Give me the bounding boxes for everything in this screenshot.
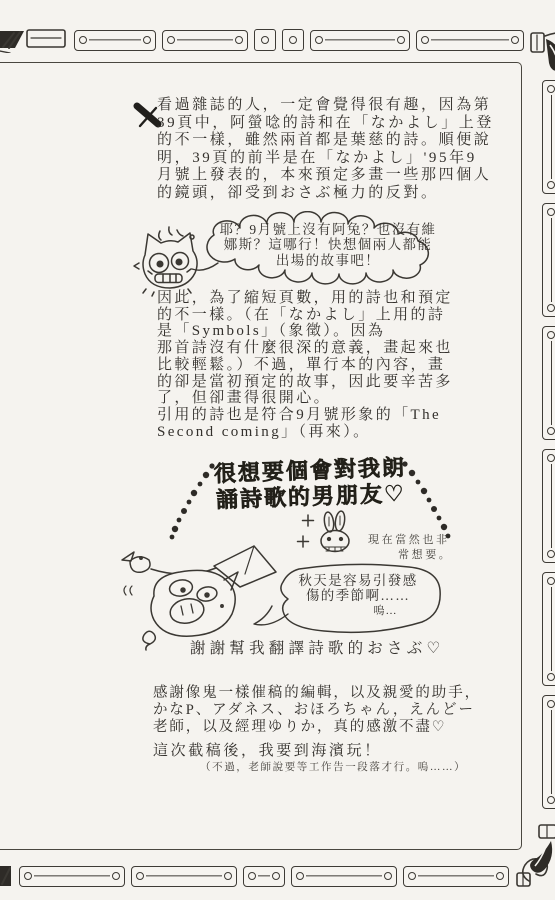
border-square: [282, 29, 304, 51]
paragraph-3-credits: 感謝像鬼一樣催稿的編輯，以及親愛的助手， かなP、アダネス、おほろちゃん，えんど…: [153, 685, 481, 737]
text-line: 秋天是容易引發感: [262, 573, 454, 588]
border-bar: [310, 30, 410, 51]
text-line: 老師，以及經理ゆりか，真的感激不盡♡: [153, 719, 481, 736]
text-line: 因此，為了縮短頁數，用的詩也和預定: [157, 290, 453, 307]
parenthetical-note: （不過，老師說要等工作告一段落才行。嗚……）: [200, 759, 466, 774]
border-corner-bottom-left-ornament: [0, 864, 13, 888]
border-bar-vertical: [542, 80, 555, 194]
border-bar-vertical: [542, 449, 555, 563]
text-line: 了，但卻畫得很開心。: [157, 390, 453, 407]
paragraph-1: 看過雜誌的人，一定會覺得很有趣，因為第 39頁中，阿螢唸的詩和在「なかよし」上登…: [157, 97, 494, 203]
border-bar-vertical: [542, 695, 555, 809]
decorative-border-right: [542, 80, 555, 809]
text-line: 的不一樣。（在「なかよし」上用的詩: [157, 307, 453, 324]
border-bar-vertical: [542, 572, 555, 686]
text-line: 娜斯？這哪行！快想個兩人都能: [188, 237, 468, 252]
text-line: 出場的故事吧！: [188, 253, 468, 268]
startled-cat-icon: [130, 219, 212, 301]
text-line: Second coming」（再來）。: [157, 424, 453, 441]
border-corner-bottom-right-ornament: [515, 823, 555, 889]
border-bar-vertical: [542, 203, 555, 317]
text-line: 月號上發表的，本來預定多畫一些那四個人: [157, 167, 494, 185]
text-line: 嗚…: [262, 604, 454, 619]
manga-afterword-page: 看過雜誌的人，一定會覺得很有趣，因為第 39頁中，阿螢唸的詩和在「なかよし」上登…: [0, 0, 555, 900]
speech-bubble-text: 秋天是容易引發感 傷的季節啊…… 嗚…: [244, 558, 454, 619]
paragraph-2: 因此，為了縮短頁數，用的詩也和預定 的不一樣。（在「なかよし」上用的詩 是「Sy…: [157, 290, 453, 440]
border-bar: [291, 866, 397, 887]
text-line: 39頁中，阿螢唸的詩和在「なかよし」上登: [157, 115, 494, 133]
text-line: 明，39頁的前半是在「なかよし」'95年9: [157, 150, 494, 168]
border-bar: [131, 866, 237, 887]
text-line: 的鏡頭，卻受到おさぶ極力的反對。: [157, 185, 494, 203]
border-bar: [74, 30, 156, 51]
border-bar-short: [243, 866, 285, 887]
text-line: 現在當然也非: [368, 533, 452, 548]
speech-bubble-cat: 耶？9月號上沒有阿兔？也沒有維 娜斯？這哪行！快想個兩人都能 出場的故事吧！: [188, 211, 468, 301]
translator-thanks-line: 謝謝幫我翻譯詩歌的おさぶ♡: [190, 636, 445, 658]
text-line: 引用的詩也是符合9月號形象的「The: [157, 407, 453, 424]
speech-bubble-text: 耶？9月號上沒有阿兔？也沒有維 娜斯？這哪行！快想個兩人都能 出場的故事吧！: [188, 211, 468, 268]
border-bar: [403, 866, 509, 887]
border-bar-vertical: [542, 326, 555, 440]
text-line: 看過雜誌的人，一定會覺得很有趣，因為第: [157, 97, 494, 115]
beach-line: 這次截稿後，我要到海濱玩！: [153, 739, 382, 760]
border-square: [254, 29, 276, 51]
text-line: 耶？9月號上沒有阿兔？也沒有維: [188, 222, 468, 237]
text-line: 的卻是當初預定的故事，因此要辛苦多: [157, 374, 453, 391]
text-line: 傷的季節啊……: [262, 588, 454, 603]
decorative-border-top: [0, 28, 555, 52]
text-line: 感謝像鬼一樣催稿的編輯，以及親愛的助手，: [153, 685, 481, 702]
border-corner-top-left-ornament: [0, 27, 68, 53]
text-line: 比較輕鬆。）不過，單行本的內容，畫: [157, 357, 453, 374]
text-line: 的不一樣，雖然兩首都是葉慈的詩。順便說: [157, 132, 494, 150]
border-bar: [416, 30, 524, 51]
border-bar: [19, 866, 125, 887]
text-line: 那首詩沒有什麼很深的意義，畫起來也: [157, 340, 453, 357]
speech-bubble-pig: 秋天是容易引發感 傷的季節啊…… 嗚…: [244, 558, 454, 648]
text-line: 是「Symbols」（象徵）。因為: [157, 323, 453, 340]
text-line: かなP、アダネス、おほろちゃん，えんどー: [153, 702, 481, 719]
decorative-border-bottom: [0, 864, 555, 888]
border-bar: [162, 30, 248, 51]
